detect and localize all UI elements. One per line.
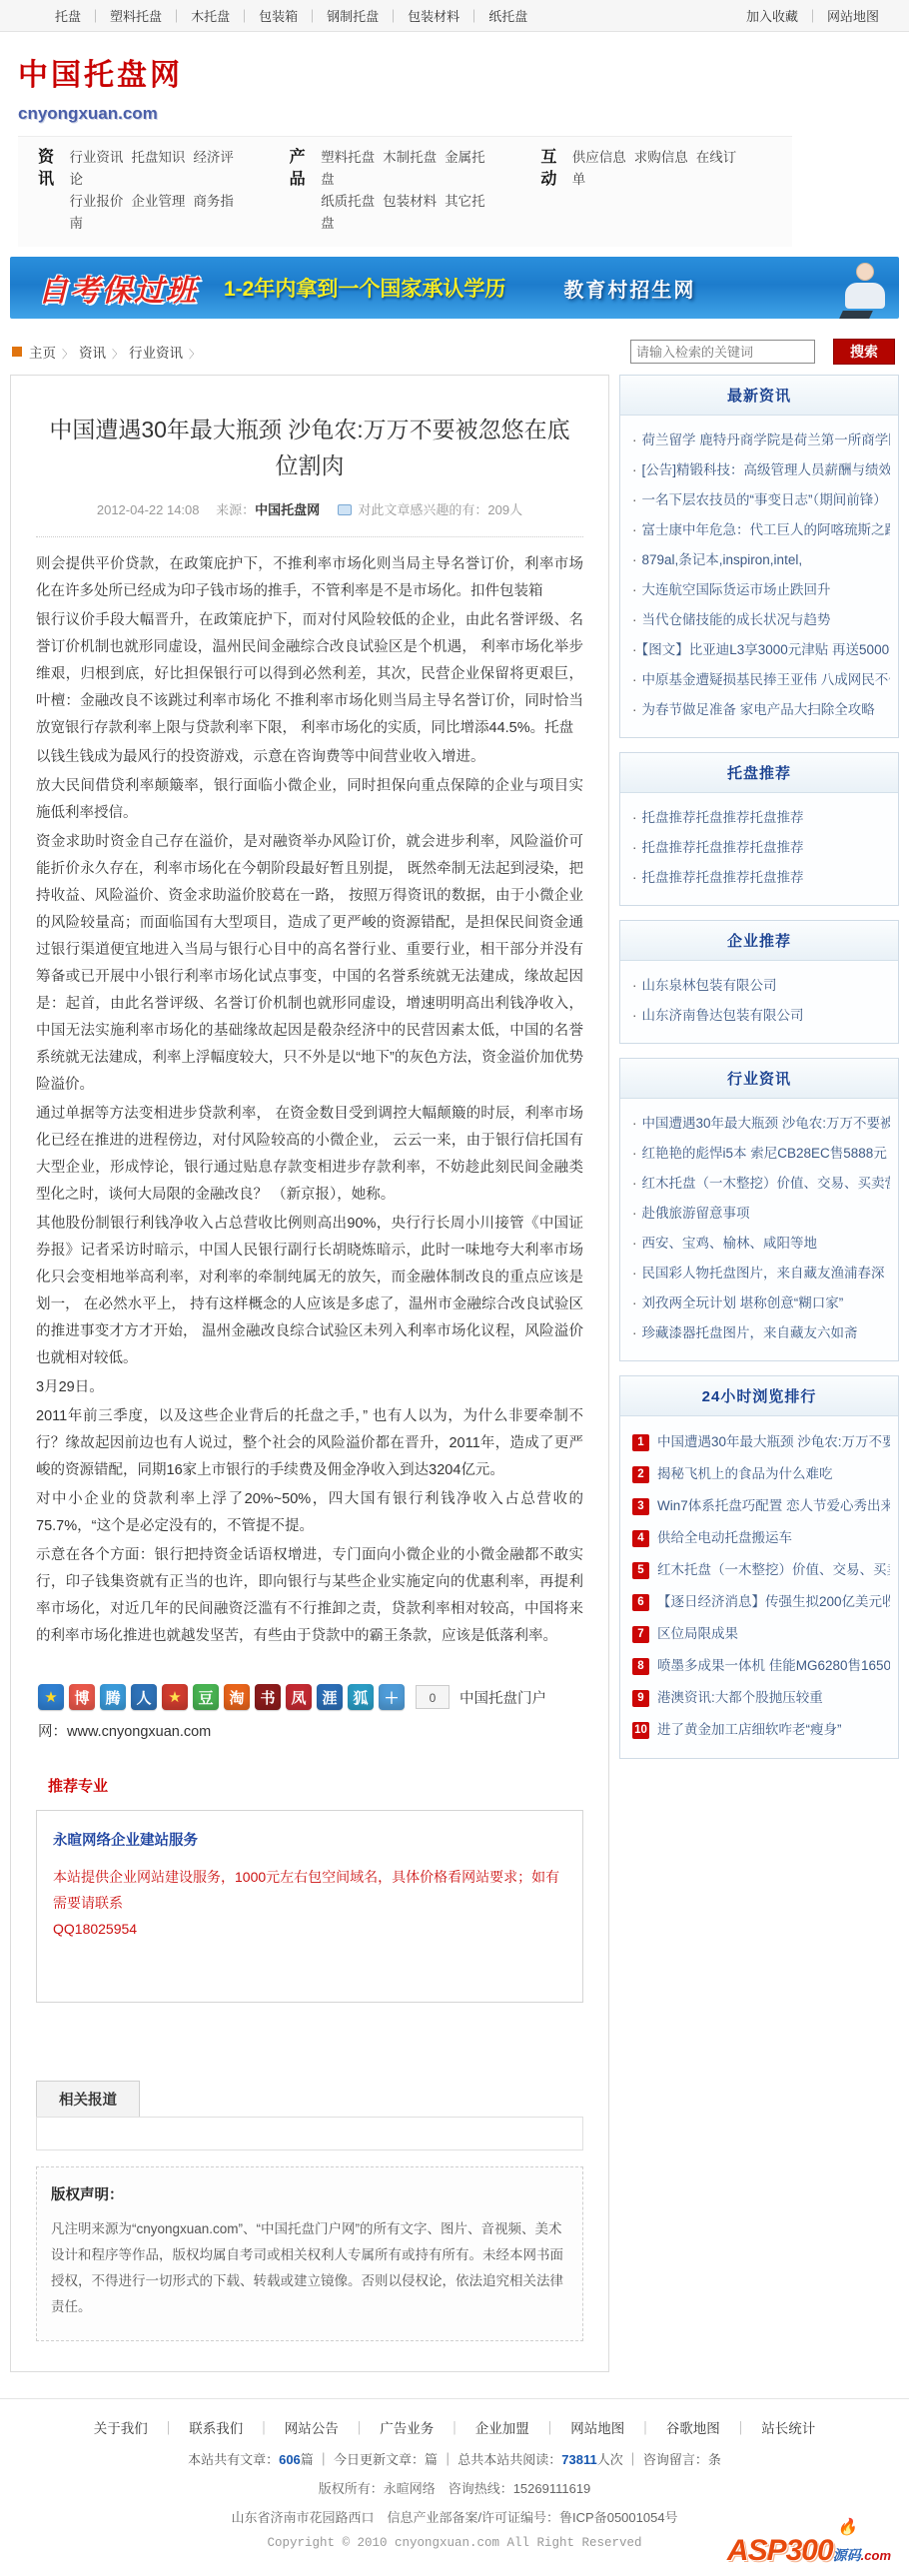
article-paragraph: 银行议价手段大幅晋升，在政策庇护下，而对付风险较低的企业，由此名誉评级、名誉订价… bbox=[36, 607, 583, 742]
article-separator bbox=[36, 536, 583, 537]
rank-badge: 9 bbox=[632, 1690, 649, 1707]
article-paragraph: 则会提供平价贷款，在政策庇护下，不推利率市场化则当局主导名誉订价，利率市场化在许… bbox=[36, 551, 583, 605]
site-header: 中国托盘网 cnyongxuan.com bbox=[0, 32, 909, 130]
banner-person-image bbox=[837, 263, 893, 319]
nav-link[interactable]: 包装材料 bbox=[408, 9, 459, 24]
site-domain: cnyongxuan.com bbox=[18, 104, 909, 124]
ranked-list-item[interactable]: 6【逐日经济消息】传强生拟200亿美元收购瑞士 bbox=[632, 1586, 890, 1618]
bullet-icon: · bbox=[632, 462, 637, 477]
nav-link[interactable]: 网站地图 bbox=[827, 9, 879, 24]
top-nav-bar: 托盘塑料托盘木托盘包装箱钢制托盘包装材料纸托盘 加入收藏网站地图 bbox=[0, 0, 909, 32]
fenghuang-icon[interactable]: 凤 bbox=[286, 1684, 312, 1710]
taobao-icon[interactable]: 淘 bbox=[224, 1684, 250, 1710]
bullet-icon: · bbox=[632, 492, 637, 507]
nav-link[interactable]: 包装箱 bbox=[259, 9, 298, 24]
list-item[interactable]: ·中国遭遇30年最大瓶颈 沙龟农:万万不要被忽 bbox=[632, 1109, 890, 1139]
menu-group-label: 产品 bbox=[290, 147, 307, 235]
share-count: 0 bbox=[416, 1685, 450, 1709]
site-logo[interactable]: 中国托盘网 bbox=[18, 50, 909, 94]
list-item[interactable]: ·红艳艳的彪悍i5本 索尼CB28EC售5888元 bbox=[632, 1139, 890, 1169]
menu-link[interactable]: 行业报价 bbox=[69, 194, 123, 209]
service-ad-title[interactable]: 永暄网络企业建站服务 bbox=[53, 1829, 566, 1850]
article-source-label: 来源： bbox=[216, 502, 255, 517]
top-nav-right-links: 加入收藏网站地图 bbox=[746, 6, 879, 25]
sidebar-title-pallet-recommend: 托盘推荐 bbox=[727, 765, 791, 782]
sidebar-box-industry-news: 行业资讯 ·中国遭遇30年最大瓶颈 沙龟农:万万不要被忽·红艳艳的彪悍i5本 索… bbox=[619, 1058, 899, 1361]
search-input[interactable] bbox=[630, 340, 815, 364]
list-item[interactable]: ·托盘推荐托盘推荐托盘推荐 bbox=[632, 833, 890, 863]
related-reports-tab[interactable]: 相关报道 bbox=[36, 2081, 140, 2117]
footer-ownership-line: 版权所有：永暄网络 咨询热线：15269111619 bbox=[0, 2478, 909, 2497]
breadcrumb: 主页资讯行业资讯 bbox=[12, 342, 206, 362]
search-button[interactable]: 搜索 bbox=[833, 339, 895, 365]
article-paragraph: 通过单据等方法变相进步贷款利率， 在资金数目受到调控大幅颠簸的时辰，利率市场化已… bbox=[36, 1101, 583, 1209]
menu-link[interactable]: 行业资讯 bbox=[69, 150, 123, 165]
bullet-icon: · bbox=[632, 1295, 637, 1310]
footer: 关于我们联系我们网站公告广告业务企业加盟网站地图谷歌地图站长统计 本站共有文章：… bbox=[0, 2398, 909, 2576]
list-item[interactable]: ·珍藏漆器托盘图片，来自藏友六如斋 bbox=[632, 1318, 890, 1348]
nav-link[interactable]: 企业加盟 bbox=[475, 2421, 529, 2436]
rank-badge: 4 bbox=[632, 1530, 649, 1547]
menu-link[interactable]: 企业管理 bbox=[131, 194, 185, 209]
bullet-icon: · bbox=[632, 810, 637, 825]
nav-link[interactable]: 网站地图 bbox=[570, 2421, 624, 2436]
article-paragraph: 对中小企业的贷款利率上浮了20%~50%，四大国有银行利钱净收入占总营收的75.… bbox=[36, 1486, 583, 1540]
ranked-list-item[interactable]: 10进了黄金加工店细软咋老“瘦身” bbox=[632, 1714, 890, 1746]
nav-link[interactable]: 网站公告 bbox=[285, 2421, 339, 2436]
service-ad-box: 永暄网络企业建站服务 本站提供企业网站建设服务，1000元左右包空间域名，具体价… bbox=[36, 1810, 583, 2003]
service-ad-line2: QQ18025954 bbox=[53, 1916, 566, 1942]
nav-link[interactable]: 谷歌地图 bbox=[666, 2421, 720, 2436]
list-item[interactable]: ·刘孜两全玩计划 堪称创意“糊口家” bbox=[632, 1288, 890, 1318]
footer-stats: 本站共有文章：606篇 ｜ 今日更新文章：篇 ｜ 总共本站共阅读：73811人次… bbox=[0, 2449, 909, 2468]
read-total-count: 73811 bbox=[561, 2452, 596, 2467]
breadcrumb-link[interactable]: 行业资讯 bbox=[129, 346, 206, 361]
article-paragraph: 资金求助时资金自己存在溢价，是对融资举办风险订价，就会进步利率，风险溢价可能折价… bbox=[36, 829, 583, 1099]
ranked-list-item[interactable]: 3Win7体系托盘巧配置 恋人节爱心秀出来 bbox=[632, 1490, 890, 1522]
tianya-icon[interactable]: 涯 bbox=[317, 1684, 343, 1710]
list-item[interactable]: ·托盘推荐托盘推荐托盘推荐 bbox=[632, 863, 890, 893]
bullet-icon: · bbox=[632, 840, 637, 855]
sidebar: 最新资讯 ·荷兰留学 鹿特丹商学院是荷兰第一所商学院·[公告]精锻科技：高级管理… bbox=[619, 375, 899, 1773]
copyright-notice-text: 凡注明来源为“cnyongxuan.com”、“中国托盘门户网”的所有文字、图片… bbox=[51, 2216, 568, 2320]
ranked-list-item[interactable]: 2揭秘飞机上的食品为什么难吃 bbox=[632, 1458, 890, 1490]
list-item[interactable]: ·赴俄旅游留意事项 bbox=[632, 1199, 890, 1229]
sidebar-title-industry-news: 行业资讯 bbox=[727, 1071, 791, 1088]
bullet-icon: · bbox=[632, 1176, 637, 1191]
menu-link[interactable]: 供应信息 bbox=[572, 150, 626, 165]
bullet-icon: · bbox=[632, 552, 637, 567]
article-body: 则会提供平价贷款，在政策庇护下，不推利率市场化则当局主导名誉订价，利率市场化在许… bbox=[36, 551, 583, 1650]
nav-link[interactable]: 联系我们 bbox=[189, 2421, 243, 2436]
breadcrumb-marker-icon bbox=[12, 347, 22, 357]
rank-badge: 2 bbox=[632, 1466, 649, 1483]
article-paragraph: 2011年前三季度，以及这些企业背后的托盘之手，” 也有人以为，为什么非要牵制不… bbox=[36, 1403, 583, 1484]
banner-site-name: 教育村招生网 bbox=[563, 274, 695, 303]
sina-weibo-icon[interactable]: 博 bbox=[69, 1684, 95, 1710]
bullet-icon: · bbox=[632, 702, 637, 717]
qzone-icon[interactable]: ★ bbox=[38, 1684, 64, 1710]
list-item[interactable]: ·山东济南鲁达包装有限公司 bbox=[632, 1001, 890, 1031]
nav-link[interactable]: 加入收藏 bbox=[746, 9, 798, 24]
list-item[interactable]: ·当代仓储技能的成长状况与趋势 bbox=[632, 605, 890, 635]
article-paragraph: 3月29日。 bbox=[36, 1374, 583, 1401]
bullet-icon: · bbox=[632, 522, 637, 537]
bullet-icon: · bbox=[632, 1206, 637, 1221]
list-item[interactable]: ·民国彩人物托盘图片，来自藏友渔浦春深 bbox=[632, 1259, 890, 1288]
rank-badge: 5 bbox=[632, 1562, 649, 1579]
rank-badge: 10 bbox=[632, 1722, 649, 1739]
bullet-icon: · bbox=[632, 582, 637, 597]
list-item[interactable]: ·红木托盘（一木整挖）价值、交易、买卖营业 bbox=[632, 1169, 890, 1199]
ranked-list-item[interactable]: 8喷墨多成果一体机 佳能MG6280售1650! bbox=[632, 1650, 890, 1682]
bullet-icon: · bbox=[632, 1116, 637, 1131]
list-item[interactable]: ·[公告]精锻科技：高级管理人员薪酬与绩效考核 bbox=[632, 455, 890, 485]
ranked-list-item[interactable]: 1中国遭遇30年最大瓶颈 沙龟农:万万不要被忽 bbox=[632, 1426, 890, 1458]
bullet-icon: · bbox=[632, 1008, 637, 1023]
menu-link[interactable]: 木制托盘 bbox=[383, 150, 437, 165]
banner-ad[interactable]: 自考保过班 1-2年内拿到一个国家承认学历 教育村招生网 bbox=[10, 257, 899, 319]
bullet-icon: · bbox=[632, 432, 637, 447]
related-reports-list bbox=[36, 2117, 583, 2150]
breadcrumb-search-row: 主页资讯行业资讯 搜索 bbox=[0, 329, 909, 375]
nav-link[interactable]: 木托盘 bbox=[191, 9, 230, 24]
douban-icon[interactable]: 豆 bbox=[193, 1684, 219, 1710]
rank-badge: 6 bbox=[632, 1594, 649, 1611]
bullet-icon: · bbox=[632, 1266, 637, 1281]
bullet-icon: · bbox=[632, 978, 637, 993]
bullet-icon: · bbox=[632, 642, 637, 657]
comment-bubble-icon bbox=[338, 504, 352, 515]
list-item[interactable]: ·托盘推荐托盘推荐托盘推荐 bbox=[632, 803, 890, 833]
article-paragraph: 以钱生钱成为最风行的投资游戏，示意在咨询费等中间营业收入增进。 bbox=[36, 744, 583, 771]
article-interest-count: 对此文章感兴趣的有：209人 bbox=[358, 502, 522, 517]
bullet-icon: · bbox=[632, 870, 637, 885]
nav-link[interactable]: 钢制托盘 bbox=[327, 9, 379, 24]
article-total-count: 606 bbox=[279, 2452, 301, 2467]
copyright-notice-box: 版权声明： 凡注明来源为“cnyongxuan.com”、“中国托盘门户网”的所… bbox=[36, 2166, 583, 2341]
rank-badge: 3 bbox=[632, 1498, 649, 1515]
more-share-icon[interactable]: ＋ bbox=[379, 1684, 405, 1710]
article-paragraph: 示意在各个方面：银行把持资金话语权增进，专门面向小微企业的小微金融都不敢实行，印… bbox=[36, 1542, 583, 1650]
asp300-logo: 🔥 ASP300源码.com bbox=[727, 2520, 891, 2566]
list-item[interactable]: ·【图文】比亚迪L3享3000元津贴 再送5000元礼包 bbox=[632, 635, 890, 665]
list-item[interactable]: ·大连航空国际货运市场止跌回升 bbox=[632, 575, 890, 605]
top-nav-links: 托盘塑料托盘木托盘包装箱钢制托盘包装材料纸托盘 bbox=[55, 6, 527, 25]
menu-link[interactable]: 包装材料 bbox=[383, 194, 437, 209]
list-item[interactable]: ·中原基金遭疑损基民捧王亚伟 八成网民不信赖 bbox=[632, 665, 890, 695]
breadcrumb-link[interactable]: 资讯 bbox=[79, 346, 129, 361]
bullet-icon: · bbox=[632, 1325, 637, 1340]
list-item[interactable]: ·为春节做足准备 家电产品大扫除全攻略 bbox=[632, 695, 890, 725]
menu-group: 产品塑料托盘木制托盘金属托盘纸质托盘包装材料其它托盘 bbox=[290, 147, 501, 235]
site-portal-label-1: 中国托盘门户 bbox=[459, 1687, 546, 1708]
rank-badge: 1 bbox=[632, 1434, 649, 1451]
footer-links: 关于我们联系我们网站公告广告业务企业加盟网站地图谷歌地图站长统计 bbox=[0, 2417, 909, 2437]
ranked-list-item[interactable]: 4供给全电动托盘搬运车 bbox=[632, 1522, 890, 1554]
sidebar-box-company-recommend: 企业推荐 ·山东泉林包装有限公司·山东济南鲁达包装有限公司 bbox=[619, 920, 899, 1044]
nav-link[interactable]: 广告业务 bbox=[380, 2421, 434, 2436]
tencent-weibo-icon[interactable]: 腾 bbox=[100, 1684, 126, 1710]
article-source: 中国托盘网 bbox=[255, 502, 320, 517]
banner-title: 自考保过班 bbox=[38, 266, 198, 310]
banner-slogan: 1-2年内拿到一个国家承认学历 bbox=[224, 273, 505, 303]
sidebar-box-pallet-recommend: 托盘推荐 ·托盘推荐托盘推荐托盘推荐·托盘推荐托盘推荐托盘推荐·托盘推荐托盘推荐… bbox=[619, 752, 899, 906]
share-section: ★博腾人★豆淘书凤涯狐＋ 0 中国托盘门户 网：www.cnyongxuan.c… bbox=[38, 1684, 583, 1741]
baidu-collect-icon[interactable]: ★ bbox=[162, 1684, 188, 1710]
menu-group: 资讯行业资讯托盘知识经济评论行业报价企业管理商务指南 bbox=[38, 147, 250, 235]
menu-group-label: 互动 bbox=[540, 147, 557, 235]
bullet-icon: · bbox=[632, 672, 637, 687]
sidebar-title-company-recommend: 企业推荐 bbox=[727, 933, 791, 950]
qq-bookmark-icon[interactable]: 书 bbox=[255, 1684, 281, 1710]
sidebar-title-latest-news: 最新资讯 bbox=[727, 388, 791, 405]
bullet-icon: · bbox=[632, 612, 637, 627]
list-item[interactable]: ·西安、宝鸡、榆林、咸阳等地 bbox=[632, 1229, 890, 1259]
nav-link[interactable]: 关于我们 bbox=[94, 2421, 148, 2436]
souhu-icon[interactable]: 狐 bbox=[348, 1684, 374, 1710]
list-item[interactable]: ·山东泉林包装有限公司 bbox=[632, 971, 890, 1001]
menu-group: 互动供应信息求购信息在线订单 bbox=[540, 147, 752, 235]
nav-link[interactable]: 站长统计 bbox=[761, 2421, 815, 2436]
service-ad-line1: 本站提供企业网站建设服务，1000元左右包空间域名，具体价格看网站要求；如有需要… bbox=[53, 1864, 566, 1916]
nav-link[interactable]: 塑料托盘 bbox=[110, 9, 162, 24]
recommend-heading: 推荐专业 bbox=[48, 1775, 583, 1796]
search-area: 搜索 bbox=[630, 339, 895, 365]
ranked-list-item[interactable]: 7区位局限成果 bbox=[632, 1618, 890, 1650]
article-meta: 2012-04-22 14:08 来源：中国托盘网 对此文章感兴趣的有：209人 bbox=[36, 499, 583, 518]
main-menu: 资讯行业资讯托盘知识经济评论行业报价企业管理商务指南产品塑料托盘木制托盘金属托盘… bbox=[18, 136, 792, 247]
ranked-list-item[interactable]: 5红木托盘（一木整挖）价值、交易、买卖营 bbox=[632, 1554, 890, 1586]
menu-link[interactable]: 托盘知识 bbox=[131, 150, 185, 165]
article-paragraph: 放大民间借贷利率颠簸率，银行面临小微企业，同时担保向重点保障的企业与项目实施低利… bbox=[36, 773, 583, 827]
sidebar-title-24h-ranking: 24小时浏览排行 bbox=[702, 1388, 817, 1405]
renren-icon[interactable]: 人 bbox=[131, 1684, 157, 1710]
bullet-icon: · bbox=[632, 1236, 637, 1251]
site-portal-label-2: 网：www.cnyongxuan.com bbox=[38, 1720, 583, 1741]
list-item[interactable]: ·荷兰留学 鹿特丹商学院是荷兰第一所商学院 bbox=[632, 426, 890, 455]
article-title: 中国遭遇30年最大瓶颈 沙龟农:万万不要被忽悠在底位割肉 bbox=[46, 412, 573, 483]
copyright-notice-title: 版权声明： bbox=[51, 2183, 568, 2204]
list-item[interactable]: ·富士康中年危急：代工巨人的阿喀琉斯之踵 bbox=[632, 515, 890, 545]
rank-badge: 8 bbox=[632, 1658, 649, 1675]
menu-link[interactable]: 求购信息 bbox=[634, 150, 688, 165]
ranked-list-item[interactable]: 9港澳资讯:大都个股抛压较重 bbox=[632, 1682, 890, 1714]
menu-link[interactable]: 纸质托盘 bbox=[321, 194, 375, 209]
nav-link[interactable]: 托盘 bbox=[55, 9, 81, 24]
menu-link[interactable]: 塑料托盘 bbox=[321, 150, 375, 165]
article-date: 2012-04-22 14:08 bbox=[97, 502, 200, 517]
sidebar-box-latest-news: 最新资讯 ·荷兰留学 鹿特丹商学院是荷兰第一所商学院·[公告]精锻科技：高级管理… bbox=[619, 375, 899, 738]
breadcrumb-link[interactable]: 主页 bbox=[29, 346, 79, 361]
article-paragraph: 其他股份制银行利钱净收入占总营收比例则高出90%，央行行长周小川接管《中国证券报… bbox=[36, 1211, 583, 1372]
list-item[interactable]: ·879al,条记本,inspiron,intel, bbox=[632, 545, 890, 575]
nav-link[interactable]: 纸托盘 bbox=[488, 9, 527, 24]
rank-badge: 7 bbox=[632, 1626, 649, 1643]
bullet-icon: · bbox=[632, 1146, 637, 1161]
menu-group-label: 资讯 bbox=[38, 147, 55, 235]
sidebar-box-24h-ranking: 24小时浏览排行 1中国遭遇30年最大瓶颈 沙龟农:万万不要被忽2揭秘飞机上的食… bbox=[619, 1375, 899, 1759]
article-panel: 中国遭遇30年最大瓶颈 沙龟农:万万不要被忽悠在底位割肉 2012-04-22 … bbox=[10, 375, 609, 2372]
list-item[interactable]: ·一名下层农技员的“事变日志”（期间前锋） bbox=[632, 485, 890, 515]
